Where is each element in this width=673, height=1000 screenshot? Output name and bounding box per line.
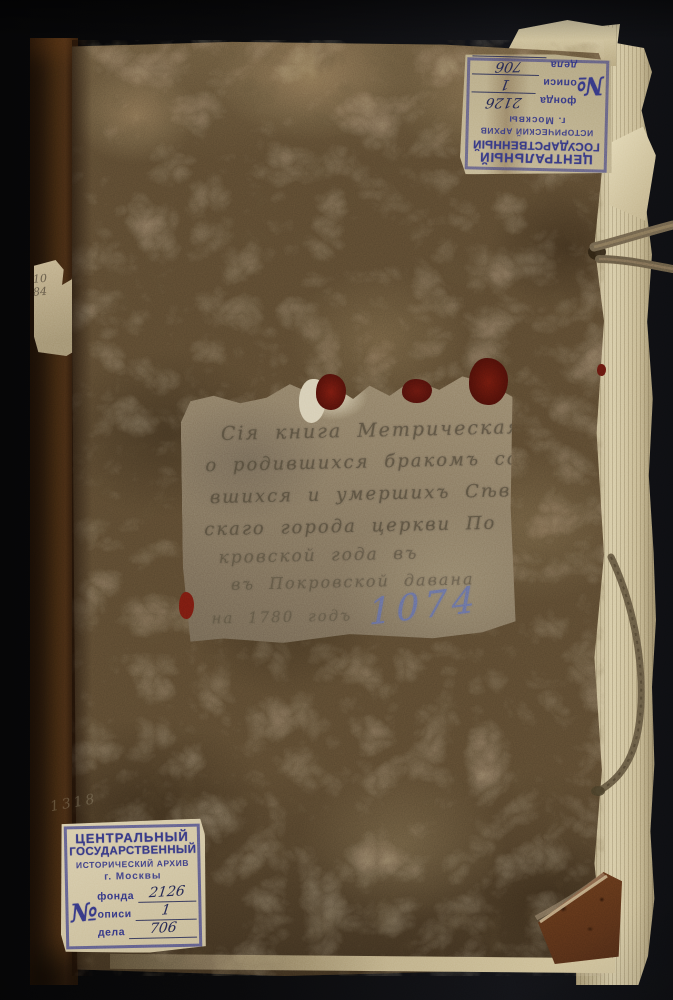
title-line: кровской года въ bbox=[218, 542, 502, 568]
field-label: фонда bbox=[539, 93, 576, 107]
field-value: 1 bbox=[161, 903, 172, 918]
field-value: 2126 bbox=[148, 884, 185, 900]
stamp-org-line: ГОСУДАРСТВЕННЫЙ bbox=[69, 844, 195, 860]
field-value: 706 bbox=[149, 921, 178, 937]
stamp-org-line: ИСТОРИЧЕСКИЙ АРХИВ bbox=[69, 858, 195, 871]
number-sign: № bbox=[69, 899, 98, 927]
spine-mark: 84 bbox=[33, 284, 54, 298]
stamp-field-fond: фонда 2126 bbox=[471, 91, 576, 112]
field-label: дела bbox=[550, 57, 577, 71]
catalog-number: 1074 bbox=[368, 583, 479, 630]
stamp-org-line: г. Москвы bbox=[471, 111, 603, 126]
wax-seal bbox=[179, 592, 194, 619]
field-value: 706 bbox=[495, 59, 524, 73]
title-line: Сія книга Метрическая bbox=[221, 417, 501, 445]
wax-seal bbox=[402, 379, 432, 403]
archive-stamp-top: ЦЕНТРАЛЬНЫЙ ГОСУДАРСТВЕННЫЙ ИСТОРИЧЕСКИЙ… bbox=[460, 52, 615, 178]
field-value: 2126 bbox=[484, 95, 522, 109]
wax-seal bbox=[469, 358, 508, 405]
handwritten-title: Сія книга Метрическая о родившихся брако… bbox=[180, 376, 516, 645]
photograph: 10 84 Сія книга Метрическая о родившихся… bbox=[0, 0, 673, 1000]
field-value: 1 bbox=[500, 77, 511, 91]
stamp-border-box: ЦЕНТРАЛЬНЫЙ ГОСУДАРСТВЕННЫЙ ИСТОРИЧЕСКИЙ… bbox=[465, 57, 610, 172]
wax-seal bbox=[316, 374, 346, 410]
field-label: описи bbox=[543, 75, 577, 89]
title-label: Сія книга Метрическая о родившихся брако… bbox=[180, 376, 516, 645]
spine-label-marks: 10 84 bbox=[33, 272, 53, 298]
title-line: вшихся и умершихъ Сѣв bbox=[210, 481, 502, 509]
wax-seal bbox=[597, 364, 606, 376]
field-label: фонда bbox=[97, 890, 134, 904]
stamp-field-opis: описи 1 bbox=[472, 73, 577, 94]
field-label: описи bbox=[97, 908, 131, 922]
stamp-field-delo: дела 706 bbox=[472, 55, 577, 76]
title-line: скаго города церкви По bbox=[204, 513, 502, 541]
stamp-border-box: ЦЕНТРАЛЬНЫЙ ГОСУДАРСТВЕННЫЙ ИСТОРИЧЕСКИЙ… bbox=[64, 824, 203, 950]
field-label: дела bbox=[98, 926, 125, 940]
title-line: на 1780 годъ bbox=[211, 606, 352, 627]
archive-stamp-bottom: ЦЕНТРАЛЬНЫЙ ГОСУДАРСТВЕННЫЙ ИСТОРИЧЕСКИЙ… bbox=[59, 818, 208, 954]
title-line: о родившихся бракомъ сочета bbox=[205, 449, 501, 477]
stamp-field-delo: дела 706 bbox=[98, 920, 197, 940]
number-sign: № bbox=[576, 72, 604, 99]
